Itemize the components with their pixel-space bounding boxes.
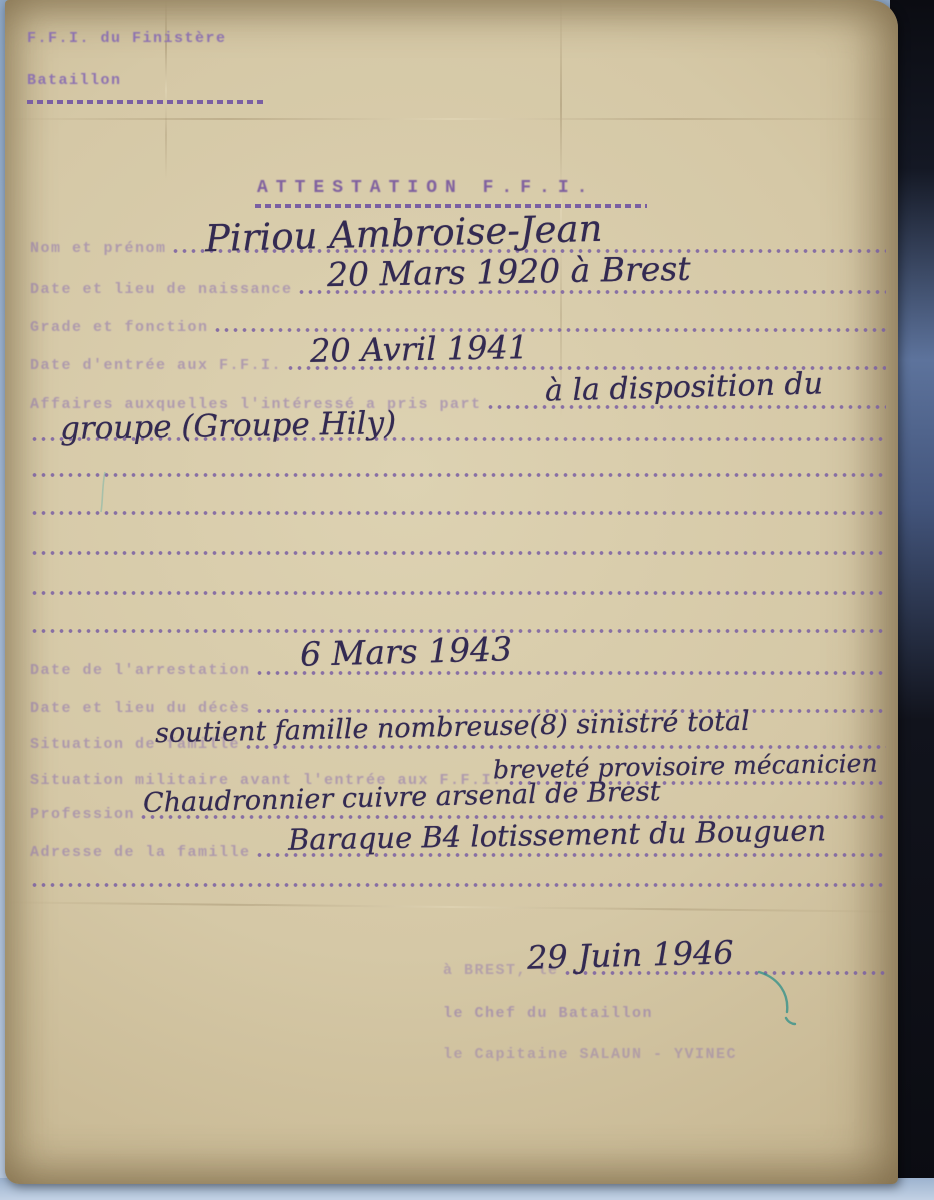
handwritten-arrestation: 6 Mars 1943 (300, 629, 513, 674)
ink-smudge (753, 968, 799, 1028)
dotted-leader (30, 550, 886, 556)
org-name-line1: F.F.I. du Finistère (27, 30, 227, 47)
photo-of-document: { "document": { "org_line1": "F.F.I. du … (0, 0, 934, 1200)
paper-crease (165, 0, 167, 180)
org-name-line2: Bataillon (27, 72, 122, 89)
field-label: Date d'entrée aux F.F.I. (30, 357, 282, 374)
paper-crease (5, 118, 898, 120)
blank-dotted-line (30, 510, 886, 519)
ink-mark (97, 470, 111, 514)
handwritten-naissance: 20 Mars 1920 à Brest (327, 249, 691, 294)
field-label: Nom et prénom (30, 240, 167, 257)
field-label: Date de l'arrestation (30, 662, 251, 679)
handwritten-signature-date: 29 Juin 1946 (527, 933, 735, 976)
signature-signatory: le Capitaine SALAUN - YVINEC (443, 1046, 737, 1063)
handwritten-entree-ffi: 20 Avril 1941 (310, 328, 529, 370)
document-paper: F.F.I. du Finistère Bataillon ATTESTATIO… (5, 0, 898, 1184)
dotted-leader (30, 510, 886, 516)
field-label: Profession (30, 806, 135, 823)
dotted-leader (30, 882, 886, 888)
header-dashed-rule (27, 100, 265, 104)
field-label: Date et lieu du décès (30, 700, 251, 717)
field-label: Date et lieu de naissance (30, 281, 293, 298)
field-label: Grade et fonction (30, 319, 209, 336)
paper-crease (5, 901, 898, 912)
handwritten-groupe: groupe (Groupe Hily) (60, 405, 397, 447)
blank-dotted-line (30, 590, 886, 599)
blank-dotted-line (30, 882, 886, 891)
blank-dotted-line (30, 472, 886, 481)
document-title: ATTESTATION F.F.I. (257, 178, 595, 198)
dotted-leader (30, 472, 886, 478)
signature-role: le Chef du Bataillon (443, 1005, 653, 1022)
dotted-leader (30, 590, 886, 596)
field-label: Adresse de la famille (30, 844, 251, 861)
handwritten-affaires: à la disposition du (545, 366, 824, 408)
blank-dotted-line (30, 550, 886, 559)
